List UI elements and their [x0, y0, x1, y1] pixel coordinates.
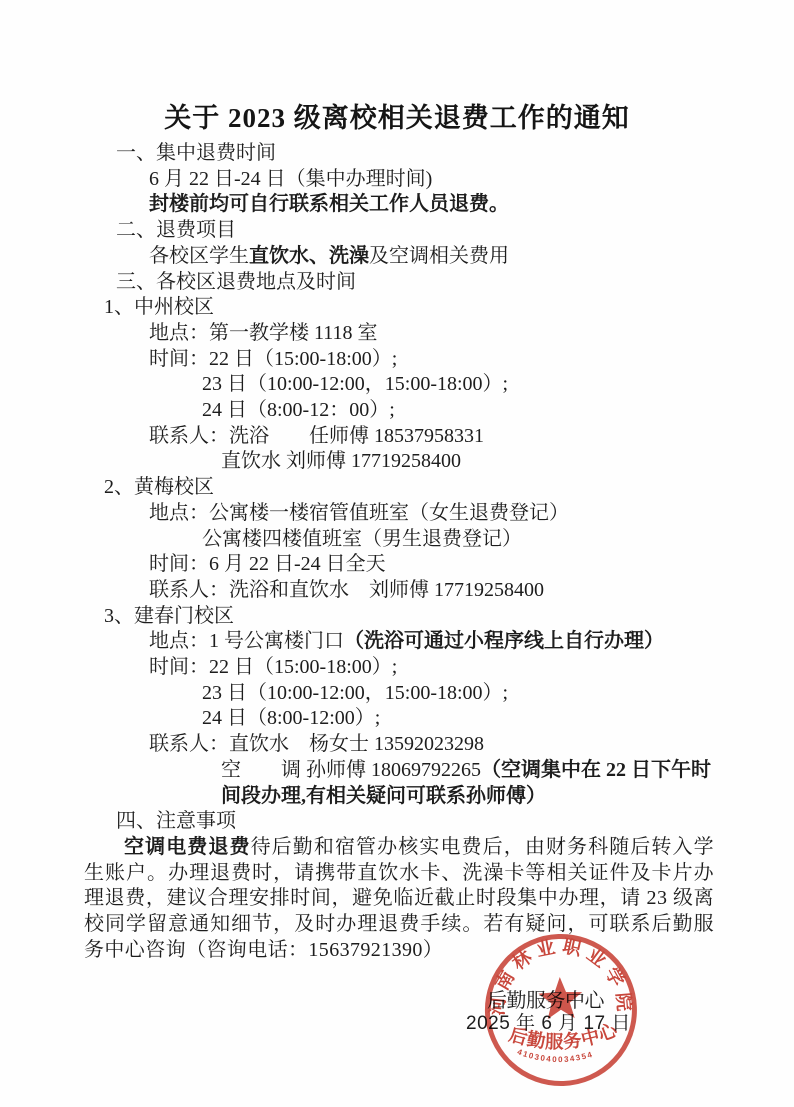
text-segment: 24 日（8:00-12：00）; [202, 399, 395, 421]
doc-line: 地点：公寓楼一楼宿管值班室（女生退费登记） [149, 501, 714, 527]
text-segment: 各校区学生 [149, 245, 249, 267]
doc-line: 联系人：直饮水 杨女士 13592023298 [149, 732, 714, 758]
text-segment: 地点：公寓楼一楼宿管值班室（女生退费登记） [149, 502, 569, 524]
text-segment: 公寓楼四楼值班室（男生退费登记） [202, 528, 522, 550]
doc-line: 地点：1 号公寓楼门口（洗浴可通过小程序线上自行办理） [149, 629, 714, 655]
doc-line: 1、中州校区 [104, 295, 714, 321]
text-segment: 联系人：洗浴和直饮水 刘师傅 17719258400 [149, 579, 544, 601]
text-segment: 直饮水 刘师傅 17719258400 [221, 450, 461, 472]
doc-line: 23 日（10:00-12:00，15:00-18:00）; [202, 372, 714, 398]
doc-line: 直饮水 刘师傅 17719258400 [221, 449, 714, 475]
text-segment: 空 调 孙师傅 18069792265 [221, 759, 481, 781]
text-segment: 时间：6 月 22 日-24 日全天 [149, 553, 386, 575]
doc-line: 时间：22 日（15:00-18:00）; [149, 347, 714, 373]
doc-line: 公寓楼四楼值班室（男生退费登记） [202, 527, 714, 553]
text-segment: 3、建春门校区 [104, 605, 234, 627]
text-segment: 空调电费退费 [124, 836, 251, 858]
official-seal-stamp: 河南林业职业学院 后勤服务中心 4103040034354 [478, 929, 643, 1094]
doc-line: 三、各校区退费地点及时间 [116, 270, 714, 296]
text-segment: （洗浴可通过小程序线上自行办理） [344, 630, 664, 652]
doc-line: 时间：22 日（15:00-18:00）; [149, 655, 714, 681]
text-segment: 一、集中退费时间 [116, 142, 276, 164]
seal-star-icon [538, 976, 583, 1019]
doc-line: 6 月 22 日-24 日（集中办理时间) [149, 167, 714, 193]
doc-line: 23 日（10:00-12:00，15:00-18:00）; [202, 681, 714, 707]
page-title: 关于 2023 级离校相关退费工作的通知 [0, 96, 794, 135]
text-segment: 四、注意事项 [116, 810, 236, 832]
text-segment: 直饮水、洗澡 [249, 245, 369, 267]
text-segment: 23 日（10:00-12:00，15:00-18:00）; [202, 373, 508, 395]
text-segment: 23 日（10:00-12:00，15:00-18:00）; [202, 682, 508, 704]
doc-line: 各校区学生直饮水、洗澡及空调相关费用 [149, 244, 714, 270]
text-segment: 1、中州校区 [104, 296, 214, 318]
text-segment: 地点：1 号公寓楼门口 [149, 630, 344, 652]
text-segment: 封楼前均可自行联系相关工作人员退费。 [149, 193, 509, 215]
text-segment: 联系人：直饮水 杨女士 13592023298 [149, 733, 484, 755]
doc-line: 一、集中退费时间 [116, 141, 714, 167]
doc-line: 地点：第一教学楼 1118 室 [149, 321, 714, 347]
doc-line: 联系人：洗浴 任师傅 18537958331 [149, 424, 714, 450]
text-segment: （空调集中在 22 日下午时 [481, 759, 711, 781]
doc-line: 空 调 孙师傅 18069792265（空调集中在 22 日下午时 [221, 758, 714, 784]
text-segment: 时间：22 日（15:00-18:00）; [149, 348, 397, 370]
doc-line: 24 日（8:00-12：00）; [202, 398, 714, 424]
text-segment: 三、各校区退费地点及时间 [116, 271, 356, 293]
doc-line: 2、黄梅校区 [104, 475, 714, 501]
doc-line: 四、注意事项 [116, 809, 714, 835]
doc-lines: 一、集中退费时间6 月 22 日-24 日（集中办理时间)封楼前均可自行联系相关… [84, 141, 714, 964]
doc-line: 24 日（8:00-12:00）; [202, 706, 714, 732]
doc-line: 间段办理,有相关疑问可联系孙师傅） [221, 784, 714, 810]
text-segment: 6 月 22 日-24 日（集中办理时间) [149, 168, 432, 190]
doc-line: 3、建春门校区 [104, 604, 714, 630]
doc-line: 二、退费项目 [116, 218, 714, 244]
doc-line: 时间：6 月 22 日-24 日全天 [149, 552, 714, 578]
text-segment: 联系人：洗浴 任师傅 18537958331 [149, 425, 484, 447]
doc-line: 联系人：洗浴和直饮水 刘师傅 17719258400 [149, 578, 714, 604]
text-segment: 2、黄梅校区 [104, 476, 214, 498]
text-segment: 时间：22 日（15:00-18:00）; [149, 656, 397, 678]
doc-line: 封楼前均可自行联系相关工作人员退费。 [149, 192, 714, 218]
text-segment: 及空调相关费用 [369, 245, 509, 267]
text-segment: 间段办理,有相关疑问可联系孙师傅） [221, 785, 546, 807]
notice-document-page: 关于 2023 级离校相关退费工作的通知 一、集中退费时间6 月 22 日-24… [0, 0, 794, 1107]
text-segment: 二、退费项目 [116, 219, 236, 241]
text-segment: 24 日（8:00-12:00）; [202, 707, 380, 729]
text-segment: 地点：第一教学楼 1118 室 [149, 322, 378, 344]
